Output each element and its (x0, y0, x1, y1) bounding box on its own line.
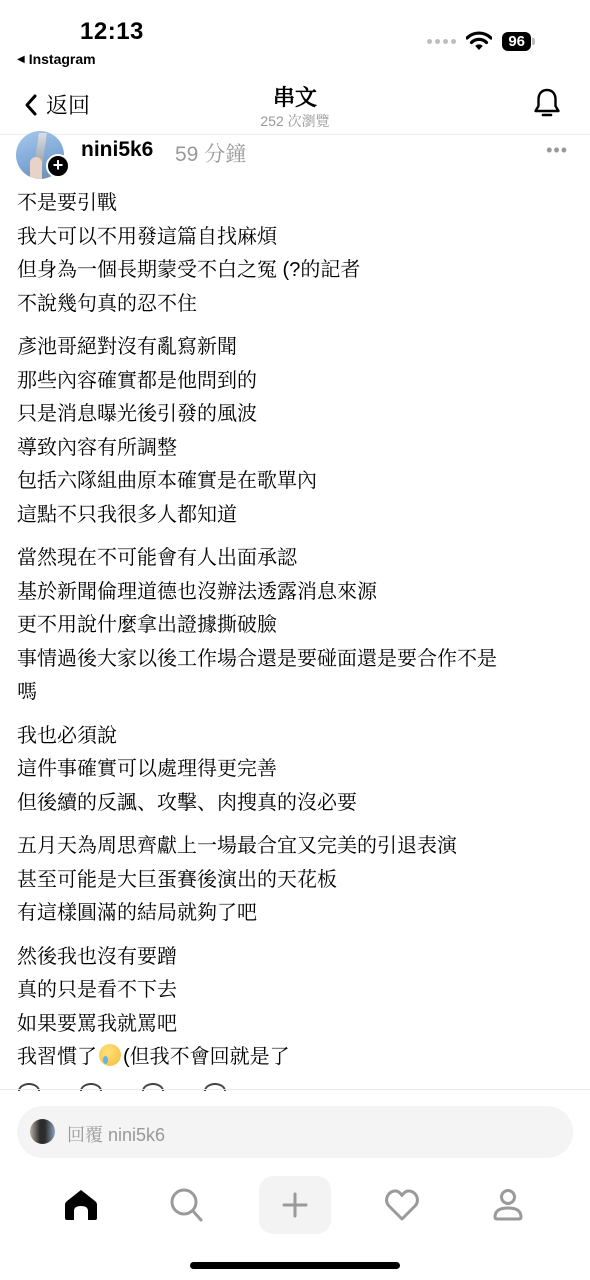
follow-button[interactable]: + (46, 154, 70, 178)
text-line: 真的只是看不下去 (17, 974, 567, 1008)
tab-search[interactable] (151, 1176, 223, 1234)
plus-icon (281, 1191, 309, 1219)
text-line: 導致內容有所調整 (17, 432, 567, 466)
person-icon (492, 1188, 524, 1222)
text-line: 不是要引戰 (17, 187, 567, 221)
text-line-with-emoji: 我習慣了(但我不會回就是了 (17, 1041, 567, 1075)
text-line: 但身為一個長期蒙受不白之冤 (?的記者 (17, 254, 567, 288)
text-line: 基於新聞倫理道德也沒辦法透露消息來源 (17, 576, 567, 610)
reply-input[interactable]: 回覆 nini5k6 (17, 1106, 573, 1158)
author-username[interactable]: nini5k6 (81, 138, 153, 162)
text-line: 這件事確實可以處理得更完善 (17, 753, 567, 787)
bell-icon (532, 87, 562, 119)
status-indicators: 96 (427, 31, 535, 51)
text-line: 甚至可能是大巨蛋賽後演出的天花板 (17, 864, 567, 898)
paragraph-3: 當然現在不可能會有人出面承認 基於新聞倫理道德也沒辦法透露消息來源 更不用說什麼… (17, 542, 567, 710)
paragraph-6: 然後我也沒有要蹭 真的只是看不下去 如果要罵我就罵吧 我習慣了(但我不會回就是了 (17, 941, 567, 1075)
home-icon (63, 1188, 99, 1222)
face-holding-back-tears-icon (99, 1044, 121, 1066)
text-line: 彥池哥絕對沒有亂寫新聞 (17, 331, 567, 365)
battery-level: 96 (502, 32, 531, 51)
back-app-label: Instagram (29, 51, 96, 67)
text-line: 有這樣圓滿的結局就夠了吧 (17, 897, 567, 931)
cellular-signal-icon (427, 39, 456, 44)
text-line: 只是消息曝光後引發的風波 (17, 398, 567, 432)
text-line: 包括六隊組曲原本確實是在歌單內 (17, 465, 567, 499)
nav-header: 返回 串文 252 次瀏覽 (0, 75, 590, 135)
text-segment: (但我不會回就是了 (123, 1046, 290, 1068)
text-line: 但後續的反諷、攻擊、肉搜真的沒必要 (17, 787, 567, 821)
text-line: 如果要罵我就罵吧 (17, 1008, 567, 1042)
current-user-avatar (30, 1119, 55, 1144)
tab-profile[interactable] (472, 1176, 544, 1234)
text-line: 更不用說什麼拿出證據撕破臉 (17, 609, 567, 643)
divider (0, 1089, 590, 1090)
battery-cap (532, 38, 535, 45)
paragraph-2: 彥池哥絕對沒有亂寫新聞 那些內容確實都是他問到的 只是消息曝光後引發的風波 導致… (17, 331, 567, 532)
text-line: 嗎 (17, 676, 567, 710)
text-line: 這點不只我很多人都知道 (17, 499, 567, 533)
text-line: 事情過後大家以後工作場合還是要碰面還是要合作不是 (17, 643, 567, 677)
heart-icon (384, 1188, 420, 1222)
tab-create[interactable] (259, 1176, 331, 1234)
reply-placeholder: 回覆 nini5k6 (67, 1121, 165, 1147)
more-options-button[interactable]: ••• (546, 140, 568, 161)
text-line: 我也必須說 (17, 720, 567, 754)
text-line: 不說幾句真的忍不住 (17, 288, 567, 322)
post-header: + nini5k6 59 分鐘 ••• (0, 128, 590, 178)
text-line: 五月天為周思齊獻上一場最合宜又完美的引退表演 (17, 830, 567, 864)
text-line: 然後我也沒有要蹭 (17, 941, 567, 975)
post-body: 不是要引戰 我大可以不用發這篇自找麻煩 但身為一個長期蒙受不白之冤 (?的記者 … (17, 187, 567, 1085)
status-bar: 12:13 ◀ Instagram 96 (0, 0, 590, 75)
text-line: 我大可以不用發這篇自找麻煩 (17, 221, 567, 255)
paragraph-4: 我也必須說 這件事確實可以處理得更完善 但後續的反諷、攻擊、肉搜真的沒必要 (17, 720, 567, 821)
tab-activity[interactable] (366, 1176, 438, 1234)
back-triangle-icon: ◀ (17, 54, 25, 65)
text-segment: 我習慣了 (17, 1046, 97, 1068)
battery-indicator: 96 (502, 32, 535, 51)
back-to-app-link[interactable]: ◀ Instagram (17, 51, 96, 67)
text-line: 那些內容確實都是他問到的 (17, 365, 567, 399)
notifications-button[interactable] (532, 87, 562, 124)
paragraph-1: 不是要引戰 我大可以不用發這篇自找麻煩 但身為一個長期蒙受不白之冤 (?的記者 … (17, 187, 567, 321)
status-time: 12:13 (80, 18, 144, 46)
tab-home[interactable] (45, 1176, 117, 1234)
page-title: 串文 (0, 81, 590, 112)
search-icon (169, 1187, 205, 1223)
home-indicator (190, 1262, 400, 1269)
wifi-icon (466, 31, 492, 51)
post-timestamp: 59 分鐘 (175, 138, 246, 168)
paragraph-5: 五月天為周思齊獻上一場最合宜又完美的引退表演 甚至可能是大巨蛋賽後演出的天花板 … (17, 830, 567, 931)
text-line: 當然現在不可能會有人出面承認 (17, 542, 567, 576)
tab-bar (0, 1176, 590, 1236)
